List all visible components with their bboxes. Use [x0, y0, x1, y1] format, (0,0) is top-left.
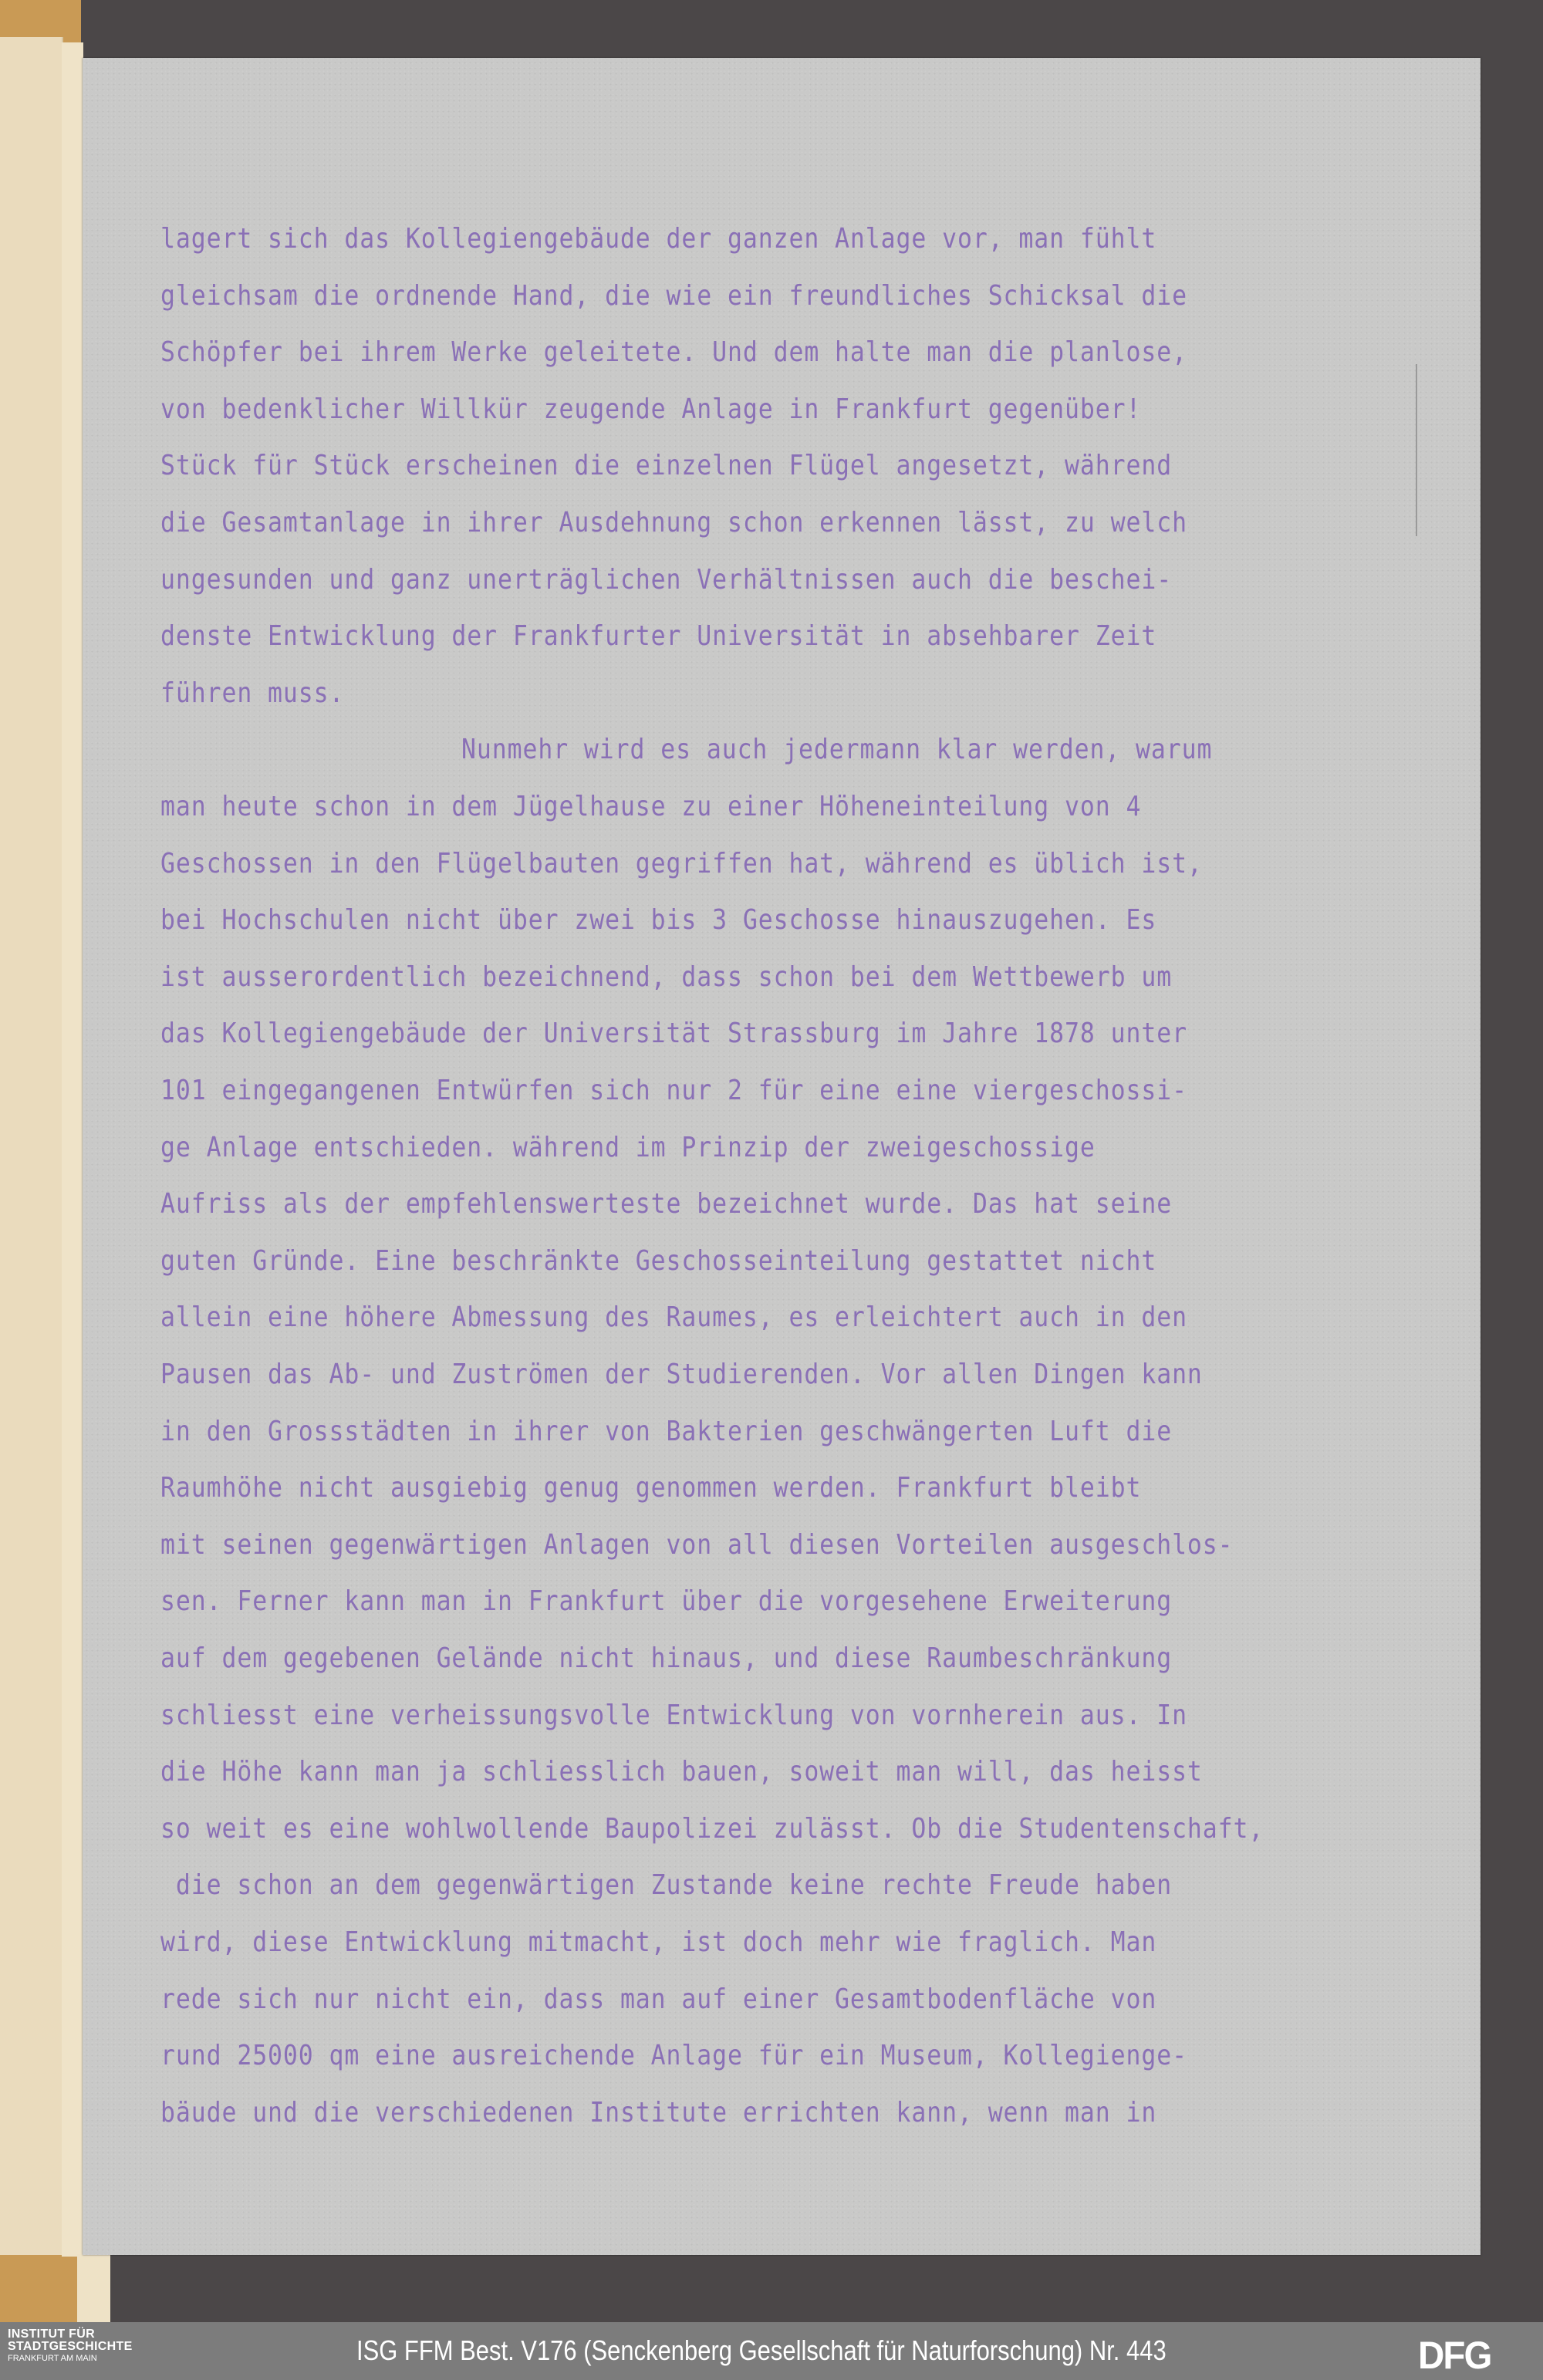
- text-line: Geschossen in den Flügelbauten gegriffen…: [160, 846, 1203, 881]
- text-line: so weit es eine wohlwollende Baupolizei …: [160, 1811, 1264, 1846]
- text-line: ist ausserordentlich bezeichnend, dass s…: [160, 960, 1172, 994]
- text-line: auf dem gegebenen Gelände nicht hinaus, …: [160, 1642, 1172, 1676]
- text-line: bäude und die verschiedenen Institute er…: [160, 2095, 1156, 2130]
- text-line: in den Grossstädten in ihrer von Bakteri…: [160, 1414, 1172, 1449]
- text-line: Stück für Stück erscheinen die einzelnen…: [160, 449, 1172, 484]
- text-line: das Kollegiengebäude der Universität Str…: [160, 1017, 1187, 1052]
- text-line-paragraph-start: Nunmehr wird es auch jedermann klar werd…: [461, 733, 1212, 768]
- logo-line-2: STADTGESCHICHTE: [8, 2341, 133, 2353]
- text-line: mit seinen gegenwärtigen Anlagen von all…: [160, 1528, 1234, 1562]
- text-line: führen muss.: [160, 676, 344, 711]
- text-line: die Gesamtanlage in ihrer Ausdehnung sch…: [160, 506, 1187, 541]
- folder-inner-page: [0, 37, 63, 2255]
- text-line: bei Hochschulen nicht über zwei bis 3 Ge…: [160, 903, 1156, 938]
- text-line: Raumhöhe nicht ausgiebig genug genommen …: [160, 1471, 1141, 1506]
- text-line: wird, diese Entwicklung mitmacht, ist do…: [160, 1926, 1156, 1960]
- text-line: rede sich nur nicht ein, dass man auf ei…: [160, 1982, 1156, 2017]
- text-line: schliesst eine verheissungsvolle Entwick…: [160, 1698, 1187, 1733]
- text-line: ungesunden und ganz unerträglichen Verhä…: [160, 562, 1172, 597]
- text-line: Aufriss als der empfehlenswerteste bezei…: [160, 1187, 1172, 1222]
- text-line: guten Gründe. Eine beschränkte Geschosse…: [160, 1244, 1156, 1278]
- text-line: rund 25000 qm eine ausreichende Anlage f…: [160, 2039, 1187, 2074]
- text-line: von bedenklicher Willkür zeugende Anlage…: [160, 392, 1141, 427]
- text-line: allein eine höhere Abmessung des Raumes,…: [160, 1301, 1187, 1335]
- isg-institution-logo: INSTITUT FÜR STADTGESCHICHTE FRANKFURT A…: [8, 2328, 133, 2365]
- text-line: sen. Ferner kann man in Frankfurt über d…: [160, 1585, 1172, 1619]
- archive-footer-bar: INSTITUT FÜR STADTGESCHICHTE FRANKFURT A…: [0, 2322, 1543, 2380]
- folder-binding-bottom: [77, 2254, 110, 2322]
- text-line: lagert sich das Kollegiengebäude der gan…: [160, 222, 1156, 257]
- text-line: denste Entwicklung der Frankfurter Unive…: [160, 619, 1156, 654]
- text-line: Schöpfer bei ihrem Werke geleitete. Und …: [160, 336, 1187, 370]
- text-line: man heute schon in dem Jügelhause zu ein…: [160, 790, 1141, 825]
- text-line: Pausen das Ab- und Zuströmen der Studier…: [160, 1358, 1203, 1393]
- dfg-logo-icon: DFG: [1418, 2336, 1491, 2375]
- text-line: gleichsam die ordnende Hand, die wie ein…: [160, 279, 1187, 313]
- text-line: die schon an dem gegenwärtigen Zustande …: [160, 1869, 1172, 1903]
- logo-line-3: FRANKFURT AM MAIN: [8, 2353, 133, 2365]
- archive-record-title: ISG FFM Best. V176 (Senckenberg Gesellsc…: [356, 2334, 1167, 2367]
- folder-binding-strip: [62, 42, 83, 2257]
- text-line: die Höhe kann man ja schliesslich bauen,…: [160, 1755, 1203, 1790]
- logo-line-1: INSTITUT FÜR: [8, 2328, 133, 2341]
- pencil-margin-mark: [1416, 364, 1417, 536]
- text-line: 101 eingegangenen Entwürfen sich nur 2 f…: [160, 1074, 1187, 1109]
- text-line: ge Anlage entschieden. während im Prinzi…: [160, 1130, 1096, 1165]
